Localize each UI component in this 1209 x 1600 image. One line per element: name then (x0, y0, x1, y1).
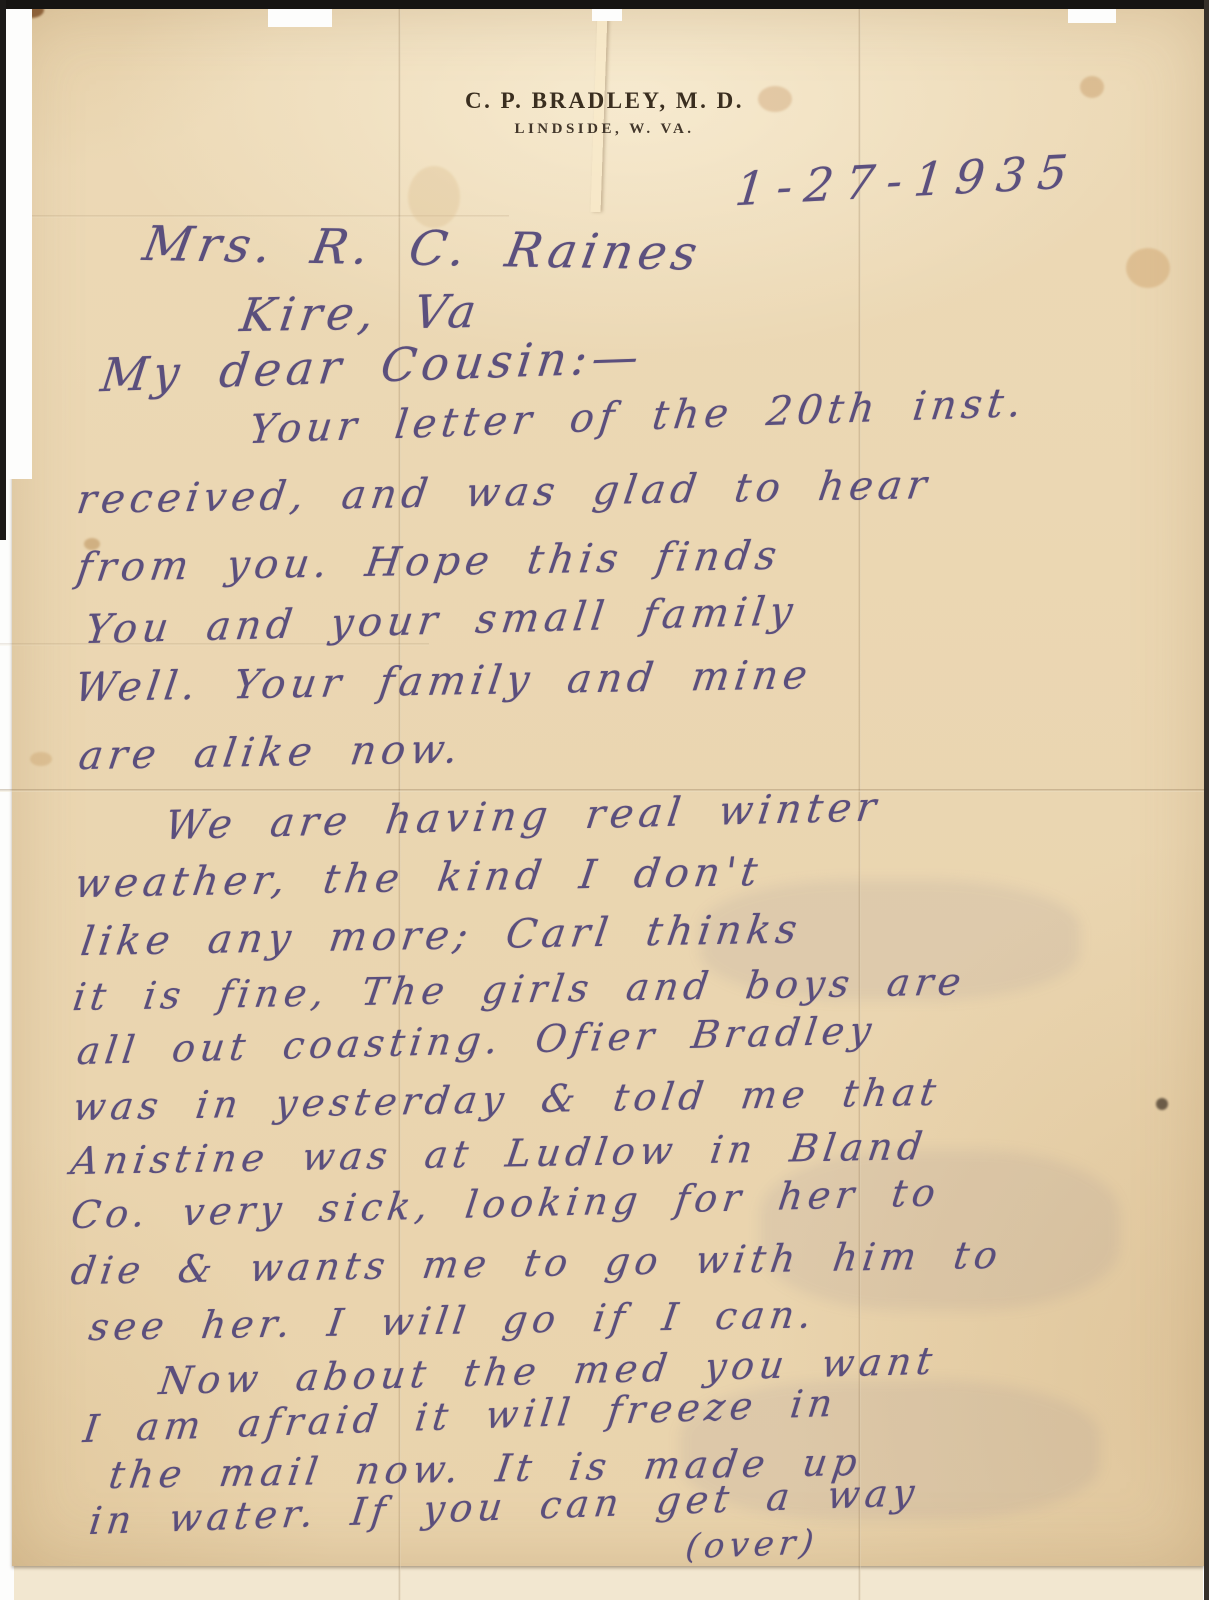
scan-margin-left (6, 9, 32, 479)
letterhead-name: C. P. BRADLEY, M. D. (0, 88, 1209, 114)
letterhead-location: LINDSIDE, W. VA. (0, 121, 1209, 138)
torn-edge-notch (592, 9, 622, 21)
second-sheet-edge (14, 1562, 1203, 1600)
scan-edge-right (1204, 0, 1209, 1600)
recipient-place: Kire, Va (238, 288, 484, 338)
stain (1156, 1098, 1168, 1110)
stain (30, 752, 52, 766)
torn-edge-notch (1068, 9, 1116, 23)
handwritten-line: weather, the kind I don't (72, 852, 764, 904)
handwritten-line: are alike now. (76, 729, 465, 776)
stain (408, 166, 460, 228)
handwritten-line: from you. Hope this finds (74, 536, 783, 588)
recipient-name: Mrs. R. C. Raines (140, 220, 706, 278)
stain (1126, 248, 1170, 288)
handwritten-line: like any more; Carl thinks (78, 909, 804, 962)
turn-over-note: (over) (684, 1525, 821, 1564)
torn-edge-notch (268, 9, 332, 27)
letter-scan: C. P. BRADLEY, M. D. LINDSIDE, W. VA. 1-… (0, 0, 1209, 1600)
scan-edge-top (0, 0, 1209, 9)
letterhead: C. P. BRADLEY, M. D. LINDSIDE, W. VA. (0, 88, 1209, 138)
scan-edge-left (0, 0, 6, 540)
